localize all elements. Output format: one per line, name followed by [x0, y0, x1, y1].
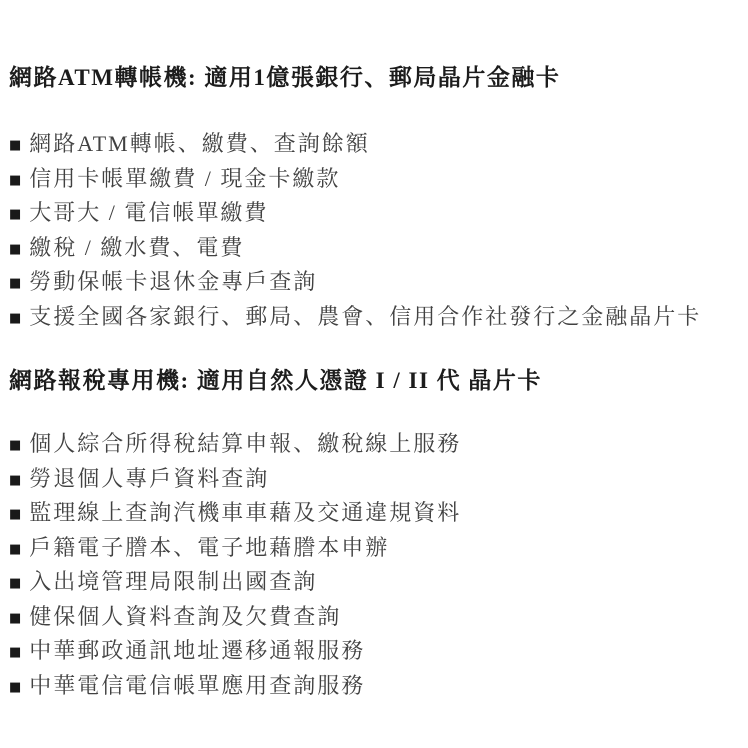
list-item-text: 戶籍電子謄本、電子地藉謄本申辦 — [29, 535, 389, 560]
product-description-page: 網路ATM轉帳機: 適用1億張銀行、郵局晶片金融卡 ■網路ATM轉帳、繳費、查詢… — [0, 0, 748, 748]
square-bullet-icon: ■ — [9, 430, 21, 463]
square-bullet-icon: ■ — [9, 672, 21, 705]
square-bullet-icon: ■ — [9, 234, 21, 267]
square-bullet-icon: ■ — [9, 199, 21, 232]
square-bullet-icon: ■ — [9, 130, 21, 163]
section-heading-tax-filing: 網路報稅專用機: 適用自然人憑證 I / II 代 晶片卡 — [9, 367, 738, 395]
list-item: ■健保個人資料查詢及欠費查詢 — [9, 601, 738, 636]
square-bullet-icon: ■ — [9, 603, 21, 636]
square-bullet-icon: ■ — [9, 637, 21, 670]
list-item-text: 網路ATM轉帳、繳費、查詢餘額 — [29, 131, 369, 156]
list-item-text: 勞退個人專戶資料查詢 — [29, 466, 269, 491]
list-item: ■中華郵政通訊地址遷移通報服務 — [9, 635, 738, 670]
list-item: ■大哥大 / 電信帳單繳費 — [9, 197, 738, 232]
list-item-text: 監理線上查詢汽機車車藉及交通違規資料 — [29, 500, 461, 525]
list-item: ■信用卡帳單繳費 / 現金卡繳款 — [9, 163, 738, 198]
list-item-text: 中華郵政通訊地址遷移通報服務 — [29, 638, 365, 663]
list-item-text: 個人綜合所得稅結算申報、繳稅線上服務 — [29, 431, 461, 456]
list-item: ■勞退個人專戶資料查詢 — [9, 463, 738, 498]
list-item: ■中華電信電信帳單應用查詢服務 — [9, 670, 738, 705]
list-item-text: 大哥大 / 電信帳單繳費 — [29, 200, 268, 225]
list-item: ■勞動保帳卡退休金專戶查詢 — [9, 266, 738, 301]
list-item: ■監理線上查詢汽機車車藉及交通違規資料 — [9, 497, 738, 532]
list-item-text: 入出境管理局限制出國查詢 — [29, 569, 317, 594]
square-bullet-icon: ■ — [9, 268, 21, 301]
section-tax-filing: 網路報稅專用機: 適用自然人憑證 I / II 代 晶片卡 ■個人綜合所得稅結算… — [9, 367, 738, 704]
list-item: ■繳稅 / 繳水費、電費 — [9, 232, 738, 267]
list-item-text: 勞動保帳卡退休金專戶查詢 — [29, 269, 317, 294]
list-item: ■網路ATM轉帳、繳費、查詢餘額 — [9, 128, 738, 163]
tax-filing-feature-list: ■個人綜合所得稅結算申報、繳稅線上服務 ■勞退個人專戶資料查詢 ■監理線上查詢汽… — [9, 428, 738, 704]
list-item: ■個人綜合所得稅結算申報、繳稅線上服務 — [9, 428, 738, 463]
list-item: ■戶籍電子謄本、電子地藉謄本申辦 — [9, 532, 738, 567]
section-network-atm: 網路ATM轉帳機: 適用1億張銀行、郵局晶片金融卡 ■網路ATM轉帳、繳費、查詢… — [9, 64, 738, 335]
square-bullet-icon: ■ — [9, 303, 21, 336]
list-item-text: 支援全國各家銀行、郵局、農會、信用合作社發行之金融晶片卡 — [29, 304, 701, 329]
list-item-text: 健保個人資料查詢及欠費查詢 — [29, 604, 341, 629]
list-item: ■支援全國各家銀行、郵局、農會、信用合作社發行之金融晶片卡 — [9, 301, 738, 336]
square-bullet-icon: ■ — [9, 465, 21, 498]
list-item-text: 中華電信電信帳單應用查詢服務 — [29, 673, 365, 698]
square-bullet-icon: ■ — [9, 534, 21, 567]
list-item-text: 信用卡帳單繳費 / 現金卡繳款 — [29, 166, 340, 191]
square-bullet-icon: ■ — [9, 165, 21, 198]
square-bullet-icon: ■ — [9, 568, 21, 601]
square-bullet-icon: ■ — [9, 499, 21, 532]
list-item: ■入出境管理局限制出國查詢 — [9, 566, 738, 601]
network-atm-feature-list: ■網路ATM轉帳、繳費、查詢餘額 ■信用卡帳單繳費 / 現金卡繳款 ■大哥大 /… — [9, 128, 738, 335]
section-heading-network-atm: 網路ATM轉帳機: 適用1億張銀行、郵局晶片金融卡 — [9, 64, 738, 92]
list-item-text: 繳稅 / 繳水費、電費 — [29, 235, 244, 260]
